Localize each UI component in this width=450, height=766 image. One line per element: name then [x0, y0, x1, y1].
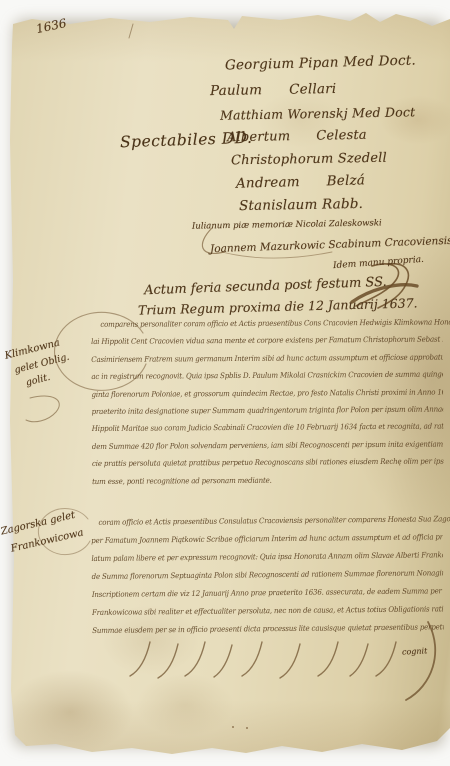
margin-note-line: golit.	[25, 373, 51, 388]
catchword: cognit	[402, 647, 428, 656]
ink-dot	[232, 726, 234, 728]
ink-dot	[246, 727, 248, 729]
name-row: Andream Belzá	[236, 174, 365, 191]
name-row: Stanislaum Rabb.	[239, 198, 363, 214]
name-row: Christophorum Szedell	[231, 152, 387, 168]
name-row: Paulum Cellari	[210, 83, 337, 99]
